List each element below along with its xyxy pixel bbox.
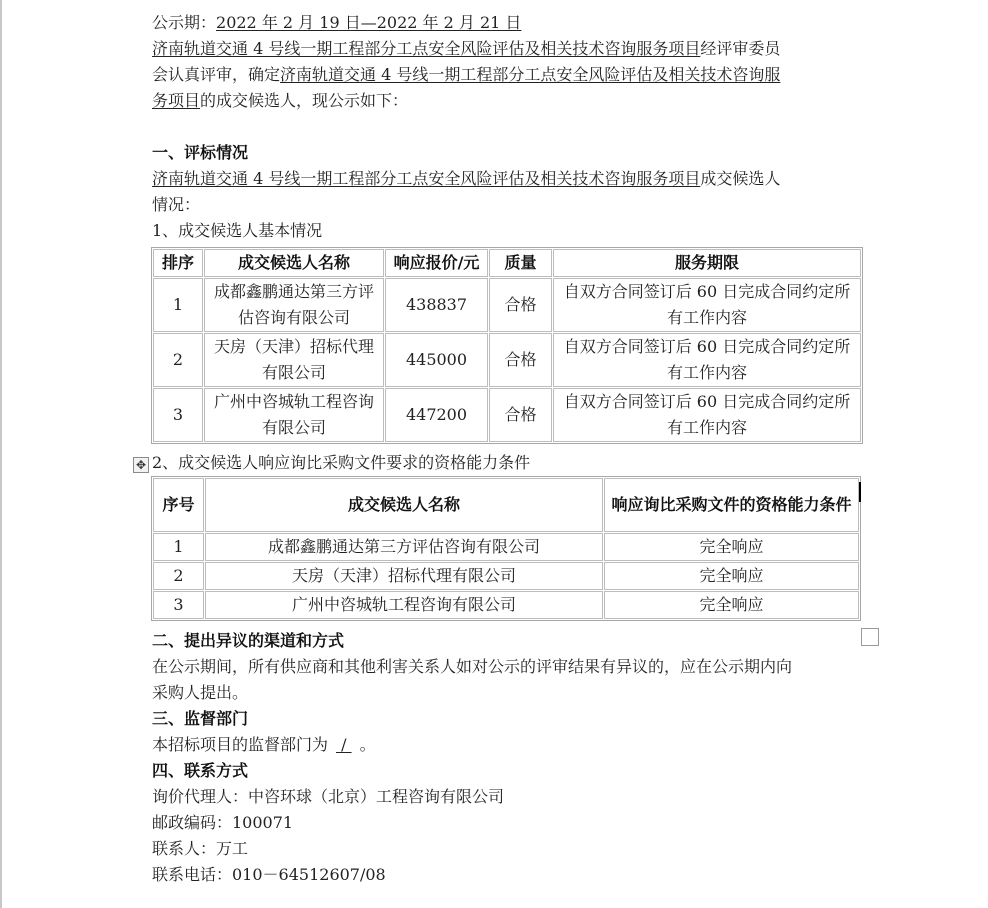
- section-2-heading: 二、提出异议的渠道和方式: [152, 628, 864, 654]
- table-row: 2 天房（天津）招标代理有限公司 445000 合格 自双方合同签订后 60 日…: [153, 333, 861, 387]
- cell-quality[interactable]: 合格: [489, 333, 552, 387]
- intro-line-1: 济南轨道交通 4 号线一期工程部分工点安全风险评估及相关技术咨询服务项目经评审委…: [152, 36, 864, 62]
- contact-postcode: 邮政编码：100071: [152, 810, 864, 836]
- document-body-lower[interactable]: 二、提出异议的渠道和方式 在公示期间，所有供应商和其他利害关系人如对公示的评审结…: [152, 628, 864, 888]
- blank-line: [152, 114, 864, 140]
- cell-name[interactable]: 天房（天津）招标代理有限公司: [204, 333, 384, 387]
- section-2-line-2: 采购人提出。: [152, 680, 864, 706]
- cell-no[interactable]: 2: [153, 562, 204, 590]
- section-text: 成交候选人: [700, 169, 780, 188]
- candidate-qualification-table[interactable]: 序号 成交候选人名称 响应询比采购文件的资格能力条件 1 成都鑫鹏通达第三方评估…: [151, 476, 861, 621]
- table-row: 3 广州中咨城轨工程咨询有限公司 完全响应: [153, 591, 859, 619]
- contact-person: 联系人：万工: [152, 836, 864, 862]
- cell-term[interactable]: 自双方合同签订后 60 日完成合同约定所有工作内容: [553, 278, 861, 332]
- intro-text: 的成交候选人，现公示如下：: [200, 91, 408, 110]
- header-price[interactable]: 响应报价/元: [385, 249, 488, 277]
- section-1-line-2: 情况：: [152, 192, 864, 218]
- cell-price[interactable]: 445000: [385, 333, 488, 387]
- cell-price[interactable]: 447200: [385, 388, 488, 442]
- page-left-edge: [0, 0, 2, 908]
- header-quality[interactable]: 质量: [489, 249, 552, 277]
- header-rank[interactable]: 排序: [153, 249, 203, 277]
- table-row: 1 成都鑫鹏通达第三方评估咨询有限公司 完全响应: [153, 533, 859, 561]
- section-3-heading: 三、监督部门: [152, 706, 864, 732]
- table-row: 2 天房（天津）招标代理有限公司 完全响应: [153, 562, 859, 590]
- cell-rank[interactable]: 3: [153, 388, 203, 442]
- subsection-2-title: 2、成交候选人响应询比采购文件要求的资格能力条件: [152, 450, 530, 476]
- subsection-1-title: 1、成交候选人基本情况: [152, 218, 864, 244]
- notice-period: 公示期：2022 年 2 月 19 日—2022 年 2 月 21 日: [152, 10, 864, 36]
- project-name: 济南轨道交通 4 号线一期工程部分工点安全风险评估及相关技术咨询服务项目: [152, 39, 700, 58]
- text-cursor: [859, 482, 861, 502]
- intro-line-2: 会认真评审，确定济南轨道交通 4 号线一期工程部分工点安全风险评估及相关技术咨询…: [152, 62, 864, 88]
- table-row: 1 成都鑫鹏通达第三方评估咨询有限公司 438837 合格 自双方合同签订后 6…: [153, 278, 861, 332]
- table-row: 3 广州中咨城轨工程咨询有限公司 447200 合格 自双方合同签订后 60 日…: [153, 388, 861, 442]
- contact-agent: 询价代理人：中咨环球（北京）工程咨询有限公司: [152, 784, 864, 810]
- intro-text: 会认真评审，确定: [152, 65, 280, 84]
- header-name[interactable]: 成交候选人名称: [205, 478, 603, 532]
- cell-response[interactable]: 完全响应: [604, 562, 859, 590]
- section-3-text: 本招标项目的监督部门为 / 。: [152, 732, 864, 758]
- cell-rank[interactable]: 2: [153, 333, 203, 387]
- header-name[interactable]: 成交候选人名称: [204, 249, 384, 277]
- cell-name[interactable]: 成都鑫鹏通达第三方评估咨询有限公司: [205, 533, 603, 561]
- project-name: 济南轨道交通 4 号线一期工程部分工点安全风险评估及相关技术咨询服务项目: [152, 169, 700, 188]
- section-1-heading: 一、评标情况: [152, 140, 864, 166]
- table-move-handle-icon[interactable]: ✥: [133, 457, 149, 473]
- table-header-row: 排序 成交候选人名称 响应报价/元 质量 服务期限: [153, 249, 861, 277]
- candidate-basic-table[interactable]: 排序 成交候选人名称 响应报价/元 质量 服务期限 1 成都鑫鹏通达第三方评估咨…: [151, 247, 863, 444]
- cell-no[interactable]: 3: [153, 591, 204, 619]
- cell-quality[interactable]: 合格: [489, 278, 552, 332]
- header-no[interactable]: 序号: [153, 478, 204, 532]
- cell-response[interactable]: 完全响应: [604, 533, 859, 561]
- section-2-line-1: 在公示期间，所有供应商和其他利害关系人如对公示的评审结果有异议的，应在公示期内向: [152, 654, 864, 680]
- document-body[interactable]: 公示期：2022 年 2 月 19 日—2022 年 2 月 21 日 济南轨道…: [152, 10, 864, 244]
- cell-no[interactable]: 1: [153, 533, 204, 561]
- section-4-heading: 四、联系方式: [152, 758, 864, 784]
- project-name: 济南轨道交通 4 号线一期工程部分工点安全风险评估及相关技术咨询服: [280, 65, 780, 84]
- cell-quality[interactable]: 合格: [489, 388, 552, 442]
- cell-price[interactable]: 438837: [385, 278, 488, 332]
- period-value: 2022 年 2 月 19 日—2022 年 2 月 21 日: [216, 13, 521, 32]
- cell-name[interactable]: 广州中咨城轨工程咨询有限公司: [205, 591, 603, 619]
- header-qualification[interactable]: 响应询比采购文件的资格能力条件: [604, 478, 859, 532]
- cell-rank[interactable]: 1: [153, 278, 203, 332]
- supervisor-label: 本招标项目的监督部门为: [152, 735, 328, 754]
- section-1-line-1: 济南轨道交通 4 号线一期工程部分工点安全风险评估及相关技术咨询服务项目成交候选…: [152, 166, 864, 192]
- intro-line-3: 务项目的成交候选人，现公示如下：: [152, 88, 864, 114]
- cell-term[interactable]: 自双方合同签订后 60 日完成合同约定所有工作内容: [553, 388, 861, 442]
- contact-phone: 联系电话：010－64512607/08: [152, 862, 864, 888]
- period-mark: 。: [360, 735, 376, 754]
- cell-term[interactable]: 自双方合同签订后 60 日完成合同约定所有工作内容: [553, 333, 861, 387]
- cell-name[interactable]: 天房（天津）招标代理有限公司: [205, 562, 603, 590]
- cell-name[interactable]: 成都鑫鹏通达第三方评估咨询有限公司: [204, 278, 384, 332]
- supervisor-value: /: [328, 735, 360, 754]
- cell-name[interactable]: 广州中咨城轨工程咨询有限公司: [204, 388, 384, 442]
- header-term[interactable]: 服务期限: [553, 249, 861, 277]
- period-label: 公示期：: [152, 13, 216, 32]
- project-name: 务项目: [152, 91, 200, 110]
- table-header-row: 序号 成交候选人名称 响应询比采购文件的资格能力条件: [153, 478, 859, 532]
- intro-text: 经评审委员: [700, 39, 780, 58]
- cell-response[interactable]: 完全响应: [604, 591, 859, 619]
